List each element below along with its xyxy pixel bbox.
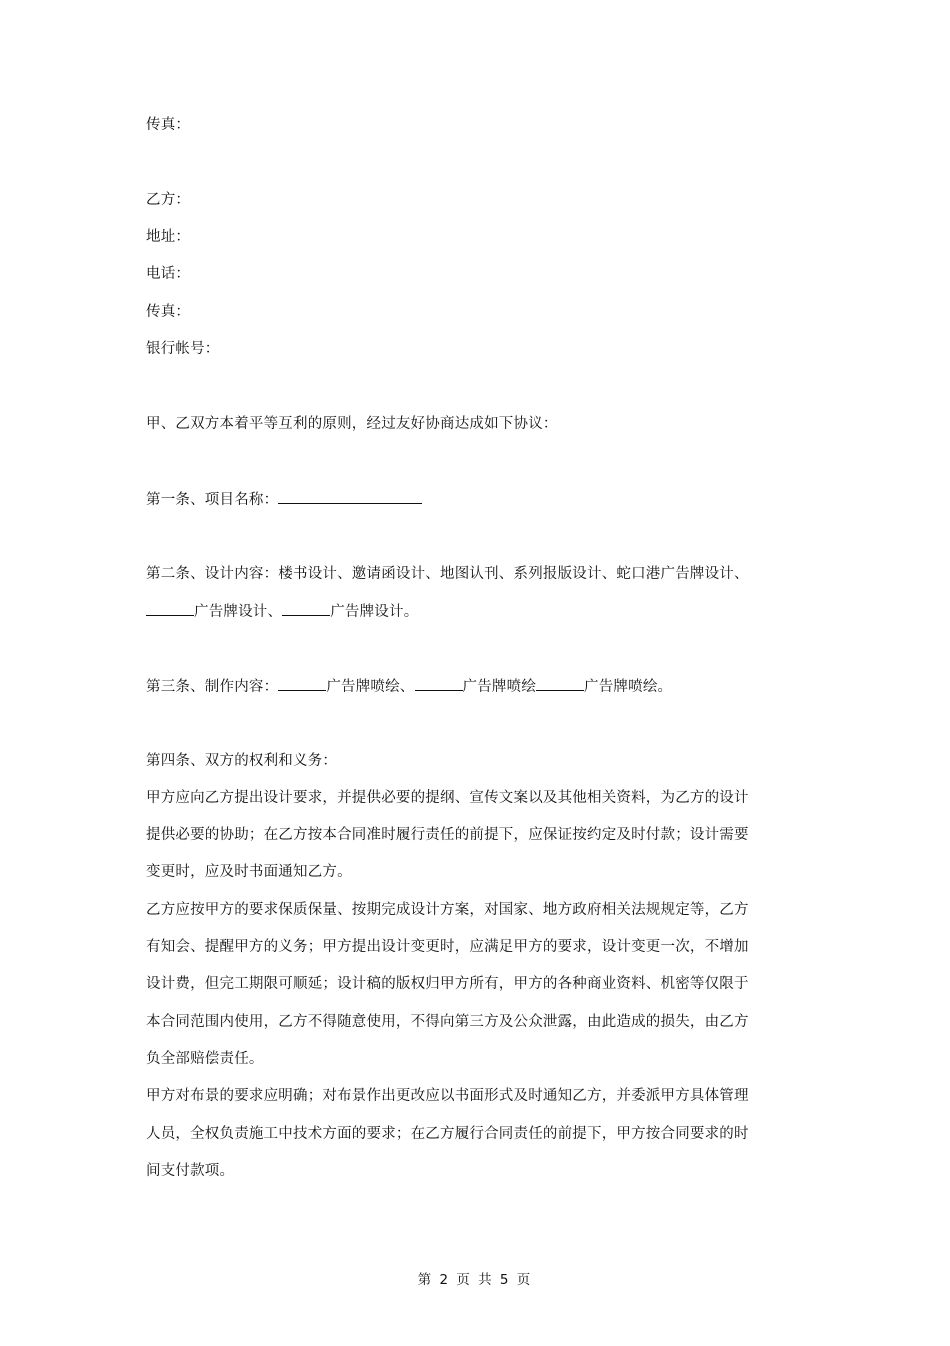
article-4-para-2-line: 乙方应按甲方的要求保质保量、按期完成设计方案，对国家、地方政府相关法规规定等，乙… [146,900,749,920]
party-b-phone-label: 电话： [146,264,190,284]
document-page: 传真： 乙方： 地址： 电话： 传真： 银行帐号： 甲、乙双方本着平等互利的原则… [0,0,950,1346]
article-2-seg-1: 广告牌设计、 [194,604,282,620]
party-a-fax-label: 传真： [146,115,190,135]
article-4-para-1-line: 提供必要的协助；在乙方按本合同准时履行责任的前提下，应保证按约定及时付款；设计需… [146,825,749,845]
party-b-bank-label: 银行帐号： [146,339,220,359]
article-2-line-2: 广告牌设计、广告牌设计。 [146,601,418,622]
blank-field [536,676,584,691]
blank-field [282,601,330,616]
article-3-label: 第三条、制作内容： [146,679,278,695]
article-3: 第三条、制作内容：广告牌喷绘、广告牌喷绘广告牌喷绘。 [146,676,672,697]
article-4-para-2-line: 有知会、提醒甲方的义务；甲方提出设计变更时，应满足甲方的要求，设计变更一次，不增… [146,937,749,957]
article-4-para-2-line: 负全部赔偿责任。 [146,1049,264,1069]
page-indicator: 第 2 页 共 5 页 [0,1268,950,1288]
article-3-seg-3: 广告牌喷绘。 [584,679,672,695]
article-3-seg-1: 广告牌喷绘、 [326,679,414,695]
article-4-para-3-line: 间支付款项。 [146,1161,234,1181]
article-1: 第一条、项目名称： [146,489,422,510]
article-4-para-3-line: 人员，全权负责施工中技术方面的要求；在乙方履行合同责任的前提下，甲方按合同要求的… [146,1124,749,1144]
article-4-para-2-line: 设计费，但完工期限可顺延；设计稿的版权归甲方所有，甲方的各种商业资料、机密等仅限… [146,974,749,994]
article-2-seg-2: 广告牌设计。 [330,604,418,620]
article-3-seg-2: 广告牌喷绘 [463,679,537,695]
blank-field [146,601,194,616]
article-1-label: 第一条、项目名称： [146,492,278,508]
article-4-para-2-line: 本合同范围内使用，乙方不得随意使用，不得向第三方及公众泄露，由此造成的损失，由乙… [146,1012,749,1032]
article-4-para-1-line: 变更时，应及时书面通知乙方。 [146,862,352,882]
preamble: 甲、乙双方本着平等互利的原则，经过友好协商达成如下协议： [146,414,558,434]
article-2-line-1: 第二条、设计内容：楼书设计、邀请函设计、地图认刊、系列报版设计、蛇口港广告牌设计… [146,564,749,584]
blank-field [415,676,463,691]
project-name-blank [278,489,422,504]
article-4-para-3-line: 甲方对布景的要求应明确；对布景作出更改应以书面形式及时通知乙方，并委派甲方具体管… [146,1086,749,1106]
party-b-address-label: 地址： [146,227,190,247]
party-b-fax-label: 传真： [146,302,190,322]
party-b-title: 乙方： [146,190,190,210]
article-4-title: 第四条、双方的权利和义务： [146,751,337,771]
blank-field [278,676,326,691]
article-4-para-1-line: 甲方应向乙方提出设计要求，并提供必要的提纲、宣传文案以及其他相关资料，为乙方的设… [146,788,749,808]
